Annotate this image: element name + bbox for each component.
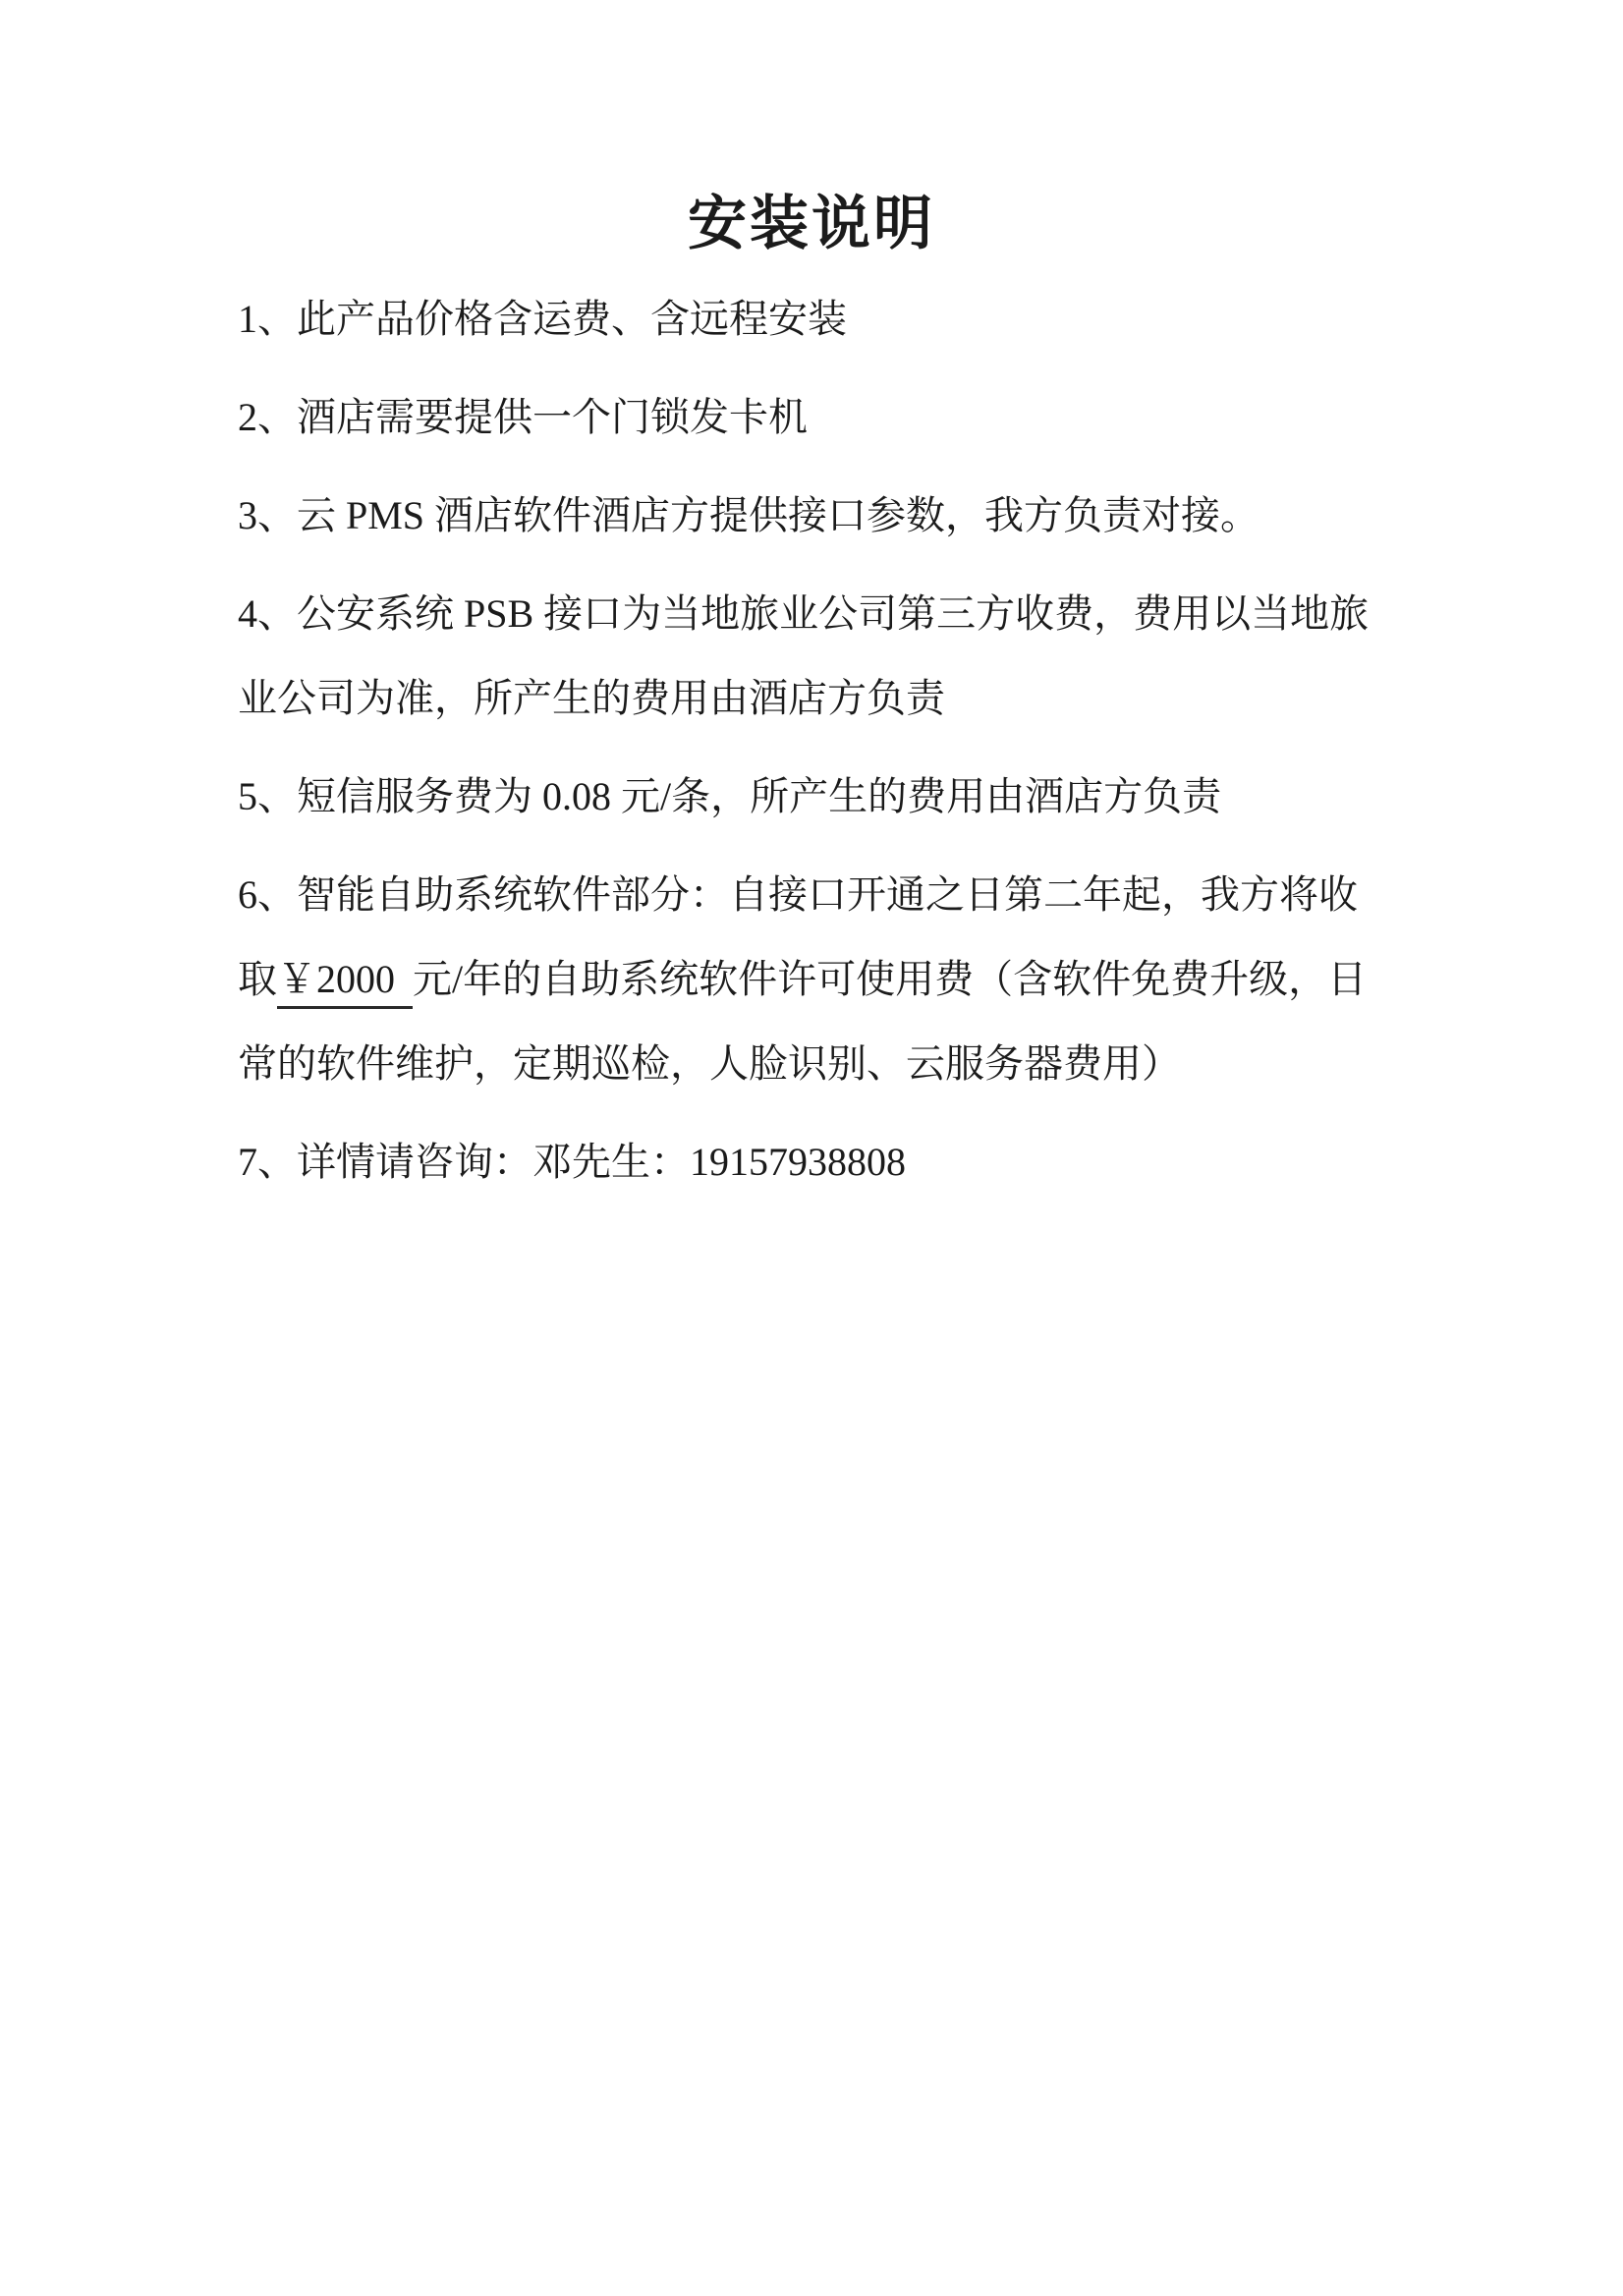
item-number: 2、 [238, 395, 297, 439]
item-number: 7、 [238, 1140, 297, 1184]
list-item-5: 5、短信服务费为 0.08 元/条，所产生的费用由酒店方负责 [238, 755, 1385, 839]
item-text: 短信服务费为 0.08 元/条，所产生的费用由酒店方负责 [297, 774, 1221, 818]
item-number: 6、 [238, 872, 297, 917]
list-item-2: 2、酒店需要提供一个门锁发卡机 [238, 375, 1385, 460]
list-item-4: 4、公安系统 PSB 接口为当地旅业公司第三方收费，费用以当地旅业公司为准，所产… [238, 572, 1385, 741]
list-item-6: 6、智能自助系统软件部分：自接口开通之日第二年起，我方将收取￥2000元/年的自… [238, 853, 1385, 1106]
item-text: 详情请咨询：邓先生：19157938808 [297, 1140, 906, 1184]
item-number: 4、 [238, 591, 297, 636]
item-number: 5、 [238, 774, 297, 818]
item-number: 1、 [238, 297, 297, 341]
list-item-1: 1、此产品价格含运费、含远程安装 [238, 277, 1385, 362]
document-title: 安装说明 [0, 0, 1623, 259]
document-page: 安装说明 1、此产品价格含运费、含远程安装 2、酒店需要提供一个门锁发卡机 3、… [0, 0, 1623, 2296]
item-text: 云 PMS 酒店软件酒店方提供接口参数，我方负责对接。 [297, 493, 1259, 537]
underlined-fee-amount: ￥2000 [277, 957, 413, 1009]
document-body: 1、此产品价格含运费、含远程安装 2、酒店需要提供一个门锁发卡机 3、云 PMS… [238, 277, 1385, 1204]
item-number: 3、 [238, 493, 297, 537]
item-text: 公安系统 PSB 接口为当地旅业公司第三方收费，费用以当地旅业公司为准，所产生的… [238, 591, 1369, 720]
item-text: 此产品价格含运费、含远程安装 [297, 297, 847, 341]
item-text: 酒店需要提供一个门锁发卡机 [297, 395, 808, 439]
list-item-3: 3、云 PMS 酒店软件酒店方提供接口参数，我方负责对接。 [238, 474, 1385, 558]
list-item-7: 7、详情请咨询：邓先生：19157938808 [238, 1120, 1385, 1204]
